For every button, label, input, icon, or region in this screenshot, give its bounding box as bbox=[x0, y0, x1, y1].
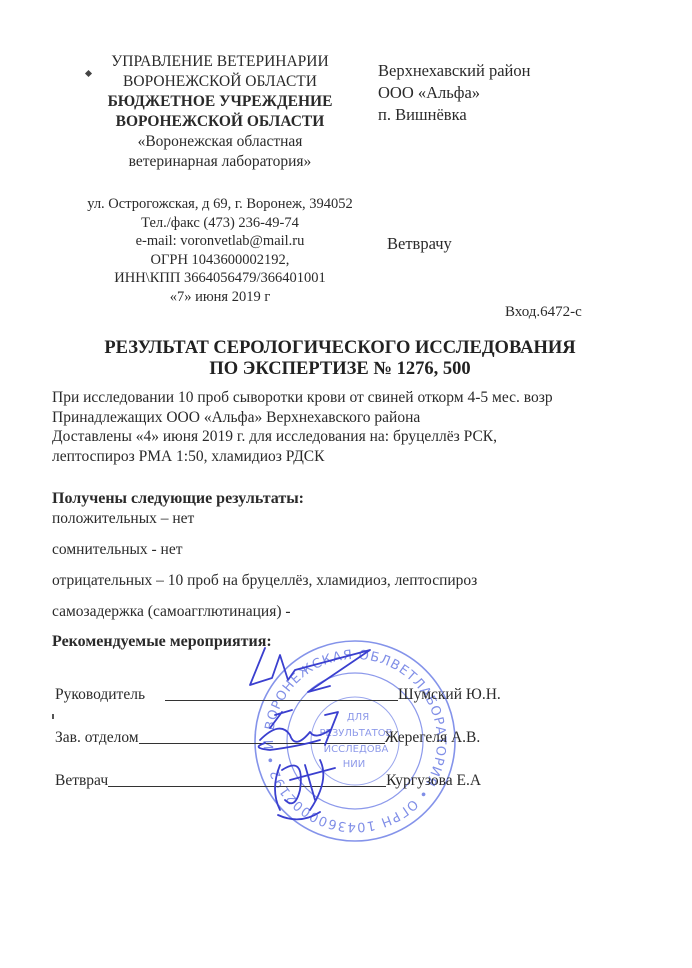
org-line: ВОРОНЕЖСКОЙ ОБЛАСТИ bbox=[70, 112, 370, 132]
org-line: УПРАВЛЕНИЕ ВЕТЕРИНАРИИ bbox=[70, 52, 370, 72]
signatory-role: Ветврач bbox=[55, 772, 108, 790]
recipient-district: Верхнехавский район bbox=[378, 60, 530, 82]
recipient-block: Верхнехавский район ООО «Альфа» п. Вишнё… bbox=[378, 60, 530, 126]
recipient-settlement: п. Вишнёвка bbox=[378, 104, 530, 126]
ogrn: ОГРН 1043600002192, bbox=[70, 251, 370, 270]
result-positive: положительных – нет bbox=[52, 510, 194, 528]
document-title: РЕЗУЛЬТАТ СЕРОЛОГИЧЕСКОГО ИССЛЕДОВАНИЯ П… bbox=[40, 338, 640, 380]
address: ул. Острогожская, д 69, г. Воронеж, 3940… bbox=[70, 195, 370, 214]
email: e-mail: voronvetlab@mail.ru bbox=[70, 232, 370, 251]
title-line: РЕЗУЛЬТАТ СЕРОЛОГИЧЕСКОГО ИССЛЕДОВАНИЯ bbox=[40, 338, 640, 359]
signatory-role: Зав. отделом bbox=[55, 729, 139, 747]
addressee: Ветврачу bbox=[387, 234, 452, 254]
body-line: При исследовании 10 проб сыворотки крови… bbox=[52, 388, 692, 408]
body-line: Доставлены «4» июня 2019 г. для исследов… bbox=[52, 427, 692, 447]
document-date: «7» июня 2019 г bbox=[70, 288, 370, 307]
result-negative: отрицательных – 10 проб на бруцеллёз, хл… bbox=[52, 572, 477, 590]
handwritten-signatures bbox=[220, 640, 430, 840]
result-self-agglutination: самозадержка (самоагглютинация) - bbox=[52, 603, 291, 621]
letterhead: УПРАВЛЕНИЕ ВЕТЕРИНАРИИ ВОРОНЕЖСКОЙ ОБЛАС… bbox=[70, 52, 370, 306]
contact-block: ул. Острогожская, д 69, г. Воронеж, 3940… bbox=[70, 195, 370, 306]
study-description: При исследовании 10 проб сыворотки крови… bbox=[52, 388, 692, 466]
scan-artifact-mark bbox=[52, 714, 54, 719]
body-line: Принадлежащих ООО «Альфа» Верхнехавского… bbox=[52, 408, 692, 428]
inn-kpp: ИНН\КПП 3664056479/366401001 bbox=[70, 269, 370, 288]
org-line: «Воронежская областная bbox=[70, 132, 370, 152]
title-line: ПО ЭКСПЕРТИЗЕ № 1276, 500 bbox=[40, 359, 640, 380]
results-heading: Получены следующие результаты: bbox=[52, 490, 304, 508]
signatory-role: Руководитель bbox=[55, 686, 145, 704]
recipient-company: ООО «Альфа» bbox=[378, 82, 530, 104]
body-line: лептоспироз РМА 1:50, хламидиоз РДСК bbox=[52, 447, 692, 467]
phone: Тел./факс (473) 236-49-74 bbox=[70, 214, 370, 233]
result-doubtful: сомнительных - нет bbox=[52, 541, 183, 559]
org-line: ВОРОНЕЖСКОЙ ОБЛАСТИ bbox=[70, 72, 370, 92]
incoming-number: Вход.6472-с bbox=[505, 304, 582, 321]
org-line: ветеринарная лаборатория» bbox=[70, 152, 370, 172]
org-line: БЮДЖЕТНОЕ УЧРЕЖДЕНИЕ bbox=[70, 92, 370, 112]
